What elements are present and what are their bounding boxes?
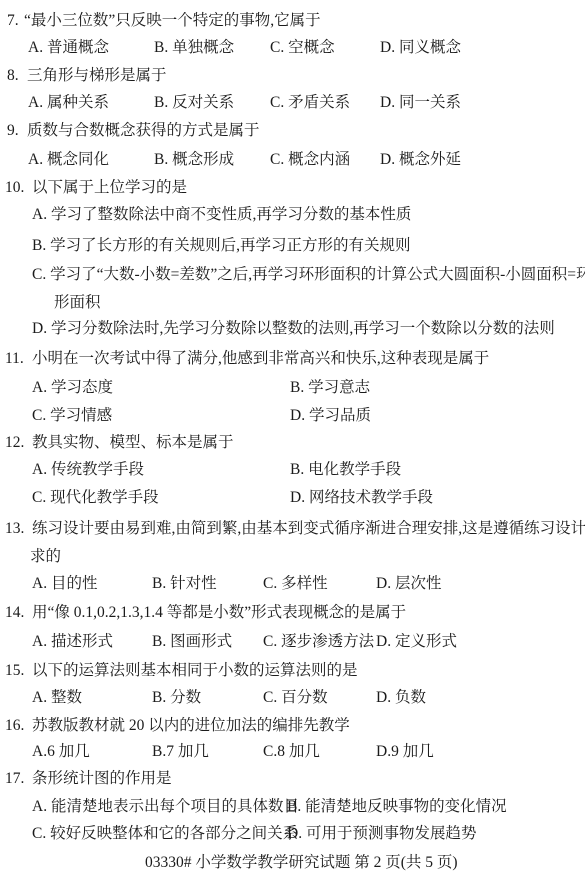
question-15-option-a: A. 整数 xyxy=(32,687,82,709)
question-11-option-d: D. 学习品质 xyxy=(290,405,371,427)
question-10-option-d-row: D. 学习分数除法时,先学习分数除以整数的法则,再学习一个数除以分数的法则 xyxy=(0,318,585,340)
question-8: 8. 三角形与梯形是属于 xyxy=(0,65,585,87)
question-11-option-a: A. 学习态度 xyxy=(32,377,113,399)
question-9-option-b: B. 概念形成 xyxy=(154,149,234,171)
question-12: 12. 教具实物、模型、标本是属于 xyxy=(0,432,585,454)
question-14-option-a: A. 描述形式 xyxy=(32,631,113,653)
question-15-option-c: C. 百分数 xyxy=(263,687,328,709)
question-16-options: A.6 加几 B.7 加几 C.8 加几 D.9 加几 xyxy=(0,741,585,763)
question-13-stem-line-2: 求的 xyxy=(30,546,61,568)
question-17-option-d: D. 可用于预测事物发展趋势 xyxy=(287,823,476,845)
question-15-number: 15. xyxy=(5,660,24,682)
question-14-option-d: D. 定义形式 xyxy=(376,631,457,653)
question-10-option-c-wrap-row: 形面积 xyxy=(0,292,585,314)
question-12-options-row-2: C. 现代化教学手段 D. 网络技术教学手段 xyxy=(0,487,585,509)
question-12-option-b: B. 电化教学手段 xyxy=(290,459,401,481)
question-10-option-c-row: C. 学习了“大数-小数=差数”之后,再学习环形面积的计算公式大圆面积-小圆面积… xyxy=(0,264,585,286)
question-16-stem: 苏教版教材就 20 以内的进位加法的编排先教学 xyxy=(32,715,350,737)
question-8-options: A. 属种关系 B. 反对关系 C. 矛盾关系 D. 同一关系 xyxy=(0,92,585,114)
question-13-options: A. 目的性 B. 针对性 C. 多样性 D. 层次性 xyxy=(0,573,585,595)
question-15: 15. 以下的运算法则基本相同于小数的运算法则的是 xyxy=(0,660,585,682)
question-10-option-c-continuation: 形面积 xyxy=(54,292,101,314)
question-17-number: 17. xyxy=(5,768,24,790)
question-7-option-d: D. 同义概念 xyxy=(380,37,461,59)
exam-page: 7. “最小三位数”只反映一个特定的事物,它属于 A. 普通概念 B. 单独概念… xyxy=(0,0,585,885)
question-14-options: A. 描述形式 B. 图画形式 C. 逐步渗透方法 D. 定义形式 xyxy=(0,631,585,653)
question-16-option-b: B.7 加几 xyxy=(152,741,209,763)
question-10-option-b-row: B. 学习了长方形的有关规则后,再学习正方形的有关规则 xyxy=(0,235,585,257)
question-16-option-d: D.9 加几 xyxy=(376,741,434,763)
question-16-number: 16. xyxy=(5,715,24,737)
question-14-number: 14. xyxy=(5,602,24,624)
question-10-option-d: D. 学习分数除法时,先学习分数除以整数的法则,再学习一个数除以分数的法则 xyxy=(32,318,555,340)
question-11: 11. 小明在一次考试中得了满分,他感到非常高兴和快乐,这种表现是属于 xyxy=(0,348,585,370)
question-7-option-a: A. 普通概念 xyxy=(28,37,109,59)
question-12-option-c: C. 现代化教学手段 xyxy=(32,487,159,509)
question-10-option-a-row: A. 学习了整数除法中商不变性质,再学习分数的基本性质 xyxy=(0,204,585,226)
question-15-options: A. 整数 B. 分数 C. 百分数 D. 负数 xyxy=(0,687,585,709)
question-9-stem: 质数与合数概念获得的方式是属于 xyxy=(27,120,260,142)
page-footer: 03330# 小学数学教学研究试题 第 2 页(共 5 页) xyxy=(145,852,458,874)
question-12-option-d: D. 网络技术教学手段 xyxy=(290,487,433,509)
question-16-option-a: A.6 加几 xyxy=(32,741,90,763)
question-10-option-b: B. 学习了长方形的有关规则后,再学习正方形的有关规则 xyxy=(32,235,410,257)
question-13-number: 13. xyxy=(5,518,24,540)
question-13-option-a: A. 目的性 xyxy=(32,573,97,595)
question-11-options-row-1: A. 学习态度 B. 学习意志 xyxy=(0,377,585,399)
question-17-stem: 条形统计图的作用是 xyxy=(32,768,172,790)
question-8-option-a: A. 属种关系 xyxy=(28,92,109,114)
question-7-options: A. 普通概念 B. 单独概念 C. 空概念 D. 同义概念 xyxy=(0,37,585,59)
question-10-number: 10. xyxy=(5,177,24,199)
question-17-option-a: A. 能清楚地表示出每个项目的具体数目 xyxy=(32,796,299,818)
question-7-option-b: B. 单独概念 xyxy=(154,37,234,59)
question-10-option-c: C. 学习了“大数-小数=差数”之后,再学习环形面积的计算公式大圆面积-小圆面积… xyxy=(32,264,585,286)
question-12-stem: 教具实物、模型、标本是属于 xyxy=(32,432,234,454)
question-10-stem: 以下属于上位学习的是 xyxy=(32,177,187,199)
question-15-option-b: B. 分数 xyxy=(152,687,201,709)
question-7-number: 7. xyxy=(7,10,19,32)
question-17: 17. 条形统计图的作用是 xyxy=(0,768,585,790)
question-15-stem: 以下的运算法则基本相同于小数的运算法则的是 xyxy=(32,660,358,682)
question-11-stem: 小明在一次考试中得了满分,他感到非常高兴和快乐,这种表现是属于 xyxy=(32,348,489,370)
question-14-option-c: C. 逐步渗透方法 xyxy=(263,631,374,653)
question-17-option-c: C. 较好反映整体和它的各部分之间关系 xyxy=(32,823,298,845)
question-10-option-a: A. 学习了整数除法中商不变性质,再学习分数的基本性质 xyxy=(32,204,411,226)
question-15-option-d: D. 负数 xyxy=(376,687,426,709)
question-9: 9. 质数与合数概念获得的方式是属于 xyxy=(0,120,585,142)
question-14-stem: 用“像 0.1,0.2,1.3,1.4 等都是小数”形式表现概念的是属于 xyxy=(32,602,406,624)
question-11-options-row-2: C. 学习情感 D. 学习品质 xyxy=(0,405,585,427)
question-12-number: 12. xyxy=(5,432,24,454)
question-8-option-d: D. 同一关系 xyxy=(380,92,461,114)
question-9-options: A. 概念同化 B. 概念形成 C. 概念内涵 D. 概念外延 xyxy=(0,149,585,171)
question-11-number: 11. xyxy=(5,348,24,370)
question-10: 10. 以下属于上位学习的是 xyxy=(0,177,585,199)
question-8-number: 8. xyxy=(7,65,19,87)
question-12-option-a: A. 传统教学手段 xyxy=(32,459,144,481)
question-14: 14. 用“像 0.1,0.2,1.3,1.4 等都是小数”形式表现概念的是属于 xyxy=(0,602,585,624)
question-11-option-c: C. 学习情感 xyxy=(32,405,112,427)
question-17-options-row-1: A. 能清楚地表示出每个项目的具体数目 B. 能清楚地反映事物的变化情况 xyxy=(0,796,585,818)
question-8-option-b: B. 反对关系 xyxy=(154,92,234,114)
question-7-option-c: C. 空概念 xyxy=(270,37,335,59)
question-13-stem-wrap: 求的 xyxy=(0,546,585,568)
question-13-option-b: B. 针对性 xyxy=(152,573,217,595)
page-footer-row: 03330# 小学数学教学研究试题 第 2 页(共 5 页) xyxy=(0,852,585,874)
question-7: 7. “最小三位数”只反映一个特定的事物,它属于 xyxy=(0,10,585,32)
question-13-option-d: D. 层次性 xyxy=(376,573,441,595)
question-12-options-row-1: A. 传统教学手段 B. 电化教学手段 xyxy=(0,459,585,481)
question-17-option-b: B. 能清楚地反映事物的变化情况 xyxy=(287,796,507,818)
question-16-option-c: C.8 加几 xyxy=(263,741,320,763)
question-9-option-a: A. 概念同化 xyxy=(28,149,109,171)
question-9-number: 9. xyxy=(7,120,19,142)
question-14-option-b: B. 图画形式 xyxy=(152,631,232,653)
question-13: 13. 练习设计要由易到难,由简到繁,由基本到变式循序渐进合理安排,这是遵循练习… xyxy=(0,518,585,540)
question-7-stem: “最小三位数”只反映一个特定的事物,它属于 xyxy=(24,10,321,32)
question-13-option-c: C. 多样性 xyxy=(263,573,328,595)
question-17-options-row-2: C. 较好反映整体和它的各部分之间关系 D. 可用于预测事物发展趋势 xyxy=(0,823,585,845)
question-16: 16. 苏教版教材就 20 以内的进位加法的编排先教学 xyxy=(0,715,585,737)
question-13-stem-line-1: 练习设计要由易到难,由简到繁,由基本到变式循序渐进合理安排,这是遵循练习设计要 xyxy=(32,518,585,540)
question-8-stem: 三角形与梯形是属于 xyxy=(27,65,167,87)
question-8-option-c: C. 矛盾关系 xyxy=(270,92,350,114)
question-9-option-d: D. 概念外延 xyxy=(380,149,461,171)
question-11-option-b: B. 学习意志 xyxy=(290,377,370,399)
question-9-option-c: C. 概念内涵 xyxy=(270,149,350,171)
